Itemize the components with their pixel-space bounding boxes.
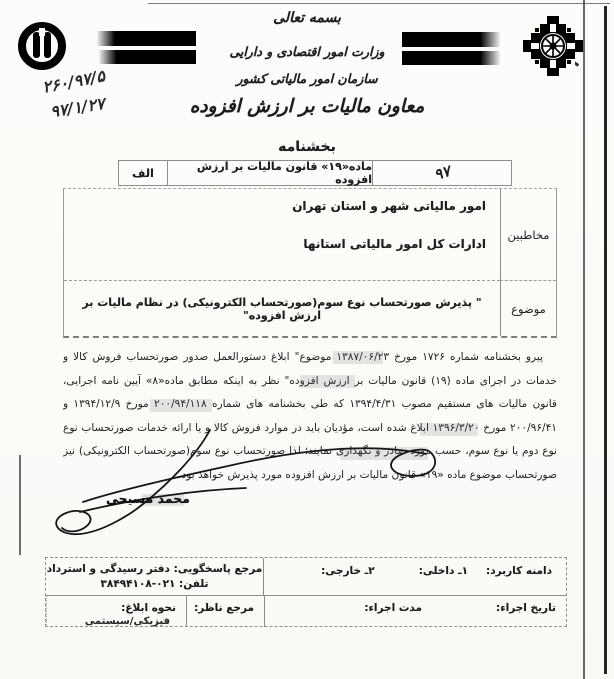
subject-label: موضوع [500,281,556,336]
handwritten-registry-date: ۹۷/۱/۲۷ [49,94,106,121]
bismillah-text: بسمه تعالی [157,10,457,26]
signature-flourish [28,424,448,553]
addressee-line-1: امور مالیاتی شهر و استان تهران [70,199,486,213]
footer-row-1: دامنه کاربرد: ۱ـ داخلی: ۲ـ خارجی: مرجع پ… [46,558,566,596]
scope-cell: دامنه کاربرد: ۱ـ داخلی: ۲ـ خارجی: [264,558,566,595]
ministry-title: وزارت امور اقتصادی و دارایی [157,44,457,59]
handwritten-ref-mark: ۹۷ [432,162,453,184]
delivery-cell: نحوه ابلاغ: فیزیکی/سیستمی [46,596,186,627]
reference-number-cell: ۹۷ [372,161,511,185]
exec-duration-cell: مدت اجراء: [264,596,432,627]
body-line: پیرو بخشنامه شماره ۱۷۲۶ مورخ ۱۳۸۷/۰۶/۲۳ … [63,346,557,370]
deputy-title: معاون مالیات بر ارزش افزوده [137,96,477,117]
addressee-line-2: ادارات کل امور مالیاتی استانها [70,237,486,251]
scan-smudge [150,399,212,412]
scanned-circular-page: ۲۶۰/۹۷/۵ ۹۷/۱/۲۷ بسمه تعالی وزارت امور ا… [0,0,614,679]
info-table: مخاطبین امور مالیاتی شهر و استان تهران ا… [63,188,557,338]
responder-phone: تلفن: ۰۲۱-۳۸۴۹۴۱۰۸ [46,577,263,592]
category-cell: الف [119,161,167,185]
supervisor-cell: مرجع ناظر: [186,596,264,627]
scan-edge-right-outer [604,6,607,674]
body-line: قانون مالیات های مستقیم مصوب ۱۳۹۴/۴/۳۱ ک… [63,393,557,417]
subject-text: " پذیرش صورتحساب نوع سوم(صورتحساب الکترو… [64,281,500,336]
reference-strip: ۹۷ ماده«۱۹» قانون مالیات بر ارزش افزوده … [118,160,512,186]
scope-label: دامنه کاربرد: [486,565,552,595]
delivery-label: نحوه ابلاغ: [51,602,176,614]
scan-edge-right-inner [583,0,585,679]
scan-edge-top [148,3,610,4]
organization-title: سازمان امور مالیاتی کشور [157,71,457,86]
document-type-title: بخشنامه [157,139,457,155]
footer-table: دامنه کاربرد: ۱ـ داخلی: ۲ـ خارجی: مرجع پ… [45,557,567,627]
scan-edge-left [19,455,21,555]
exec-date-cell: تاریخ اجراء: [432,596,566,627]
responder-cell: مرجع پاسخگویی: دفتر رسیدگی و استرداد تلف… [46,558,264,595]
ministry-finance-emblem-icon [521,15,585,77]
footer-row-2: تاریخ اجراء: مدت اجراء: مرجع ناظر: نحوه … [46,596,566,627]
scan-smudge [300,375,355,388]
signature-name: محمد مسیحی [106,491,190,506]
responder-text: مرجع پاسخگویی: دفتر رسیدگی و استرداد [46,562,263,577]
scan-smudge [333,351,383,364]
scope-external: ۲ـ خارجی: [321,565,375,595]
law-reference-cell: ماده«۱۹» قانون مالیات بر ارزش افزوده [167,161,372,185]
addressees-label: مخاطبین [500,189,556,281]
delivery-value: فیزیکی/سیستمی [51,616,176,627]
addressees-cell: امور مالیاتی شهر و استان تهران ادارات کل… [64,189,500,281]
scope-internal: ۱ـ داخلی: [419,565,468,595]
vat-organization-logo-icon [16,20,68,72]
